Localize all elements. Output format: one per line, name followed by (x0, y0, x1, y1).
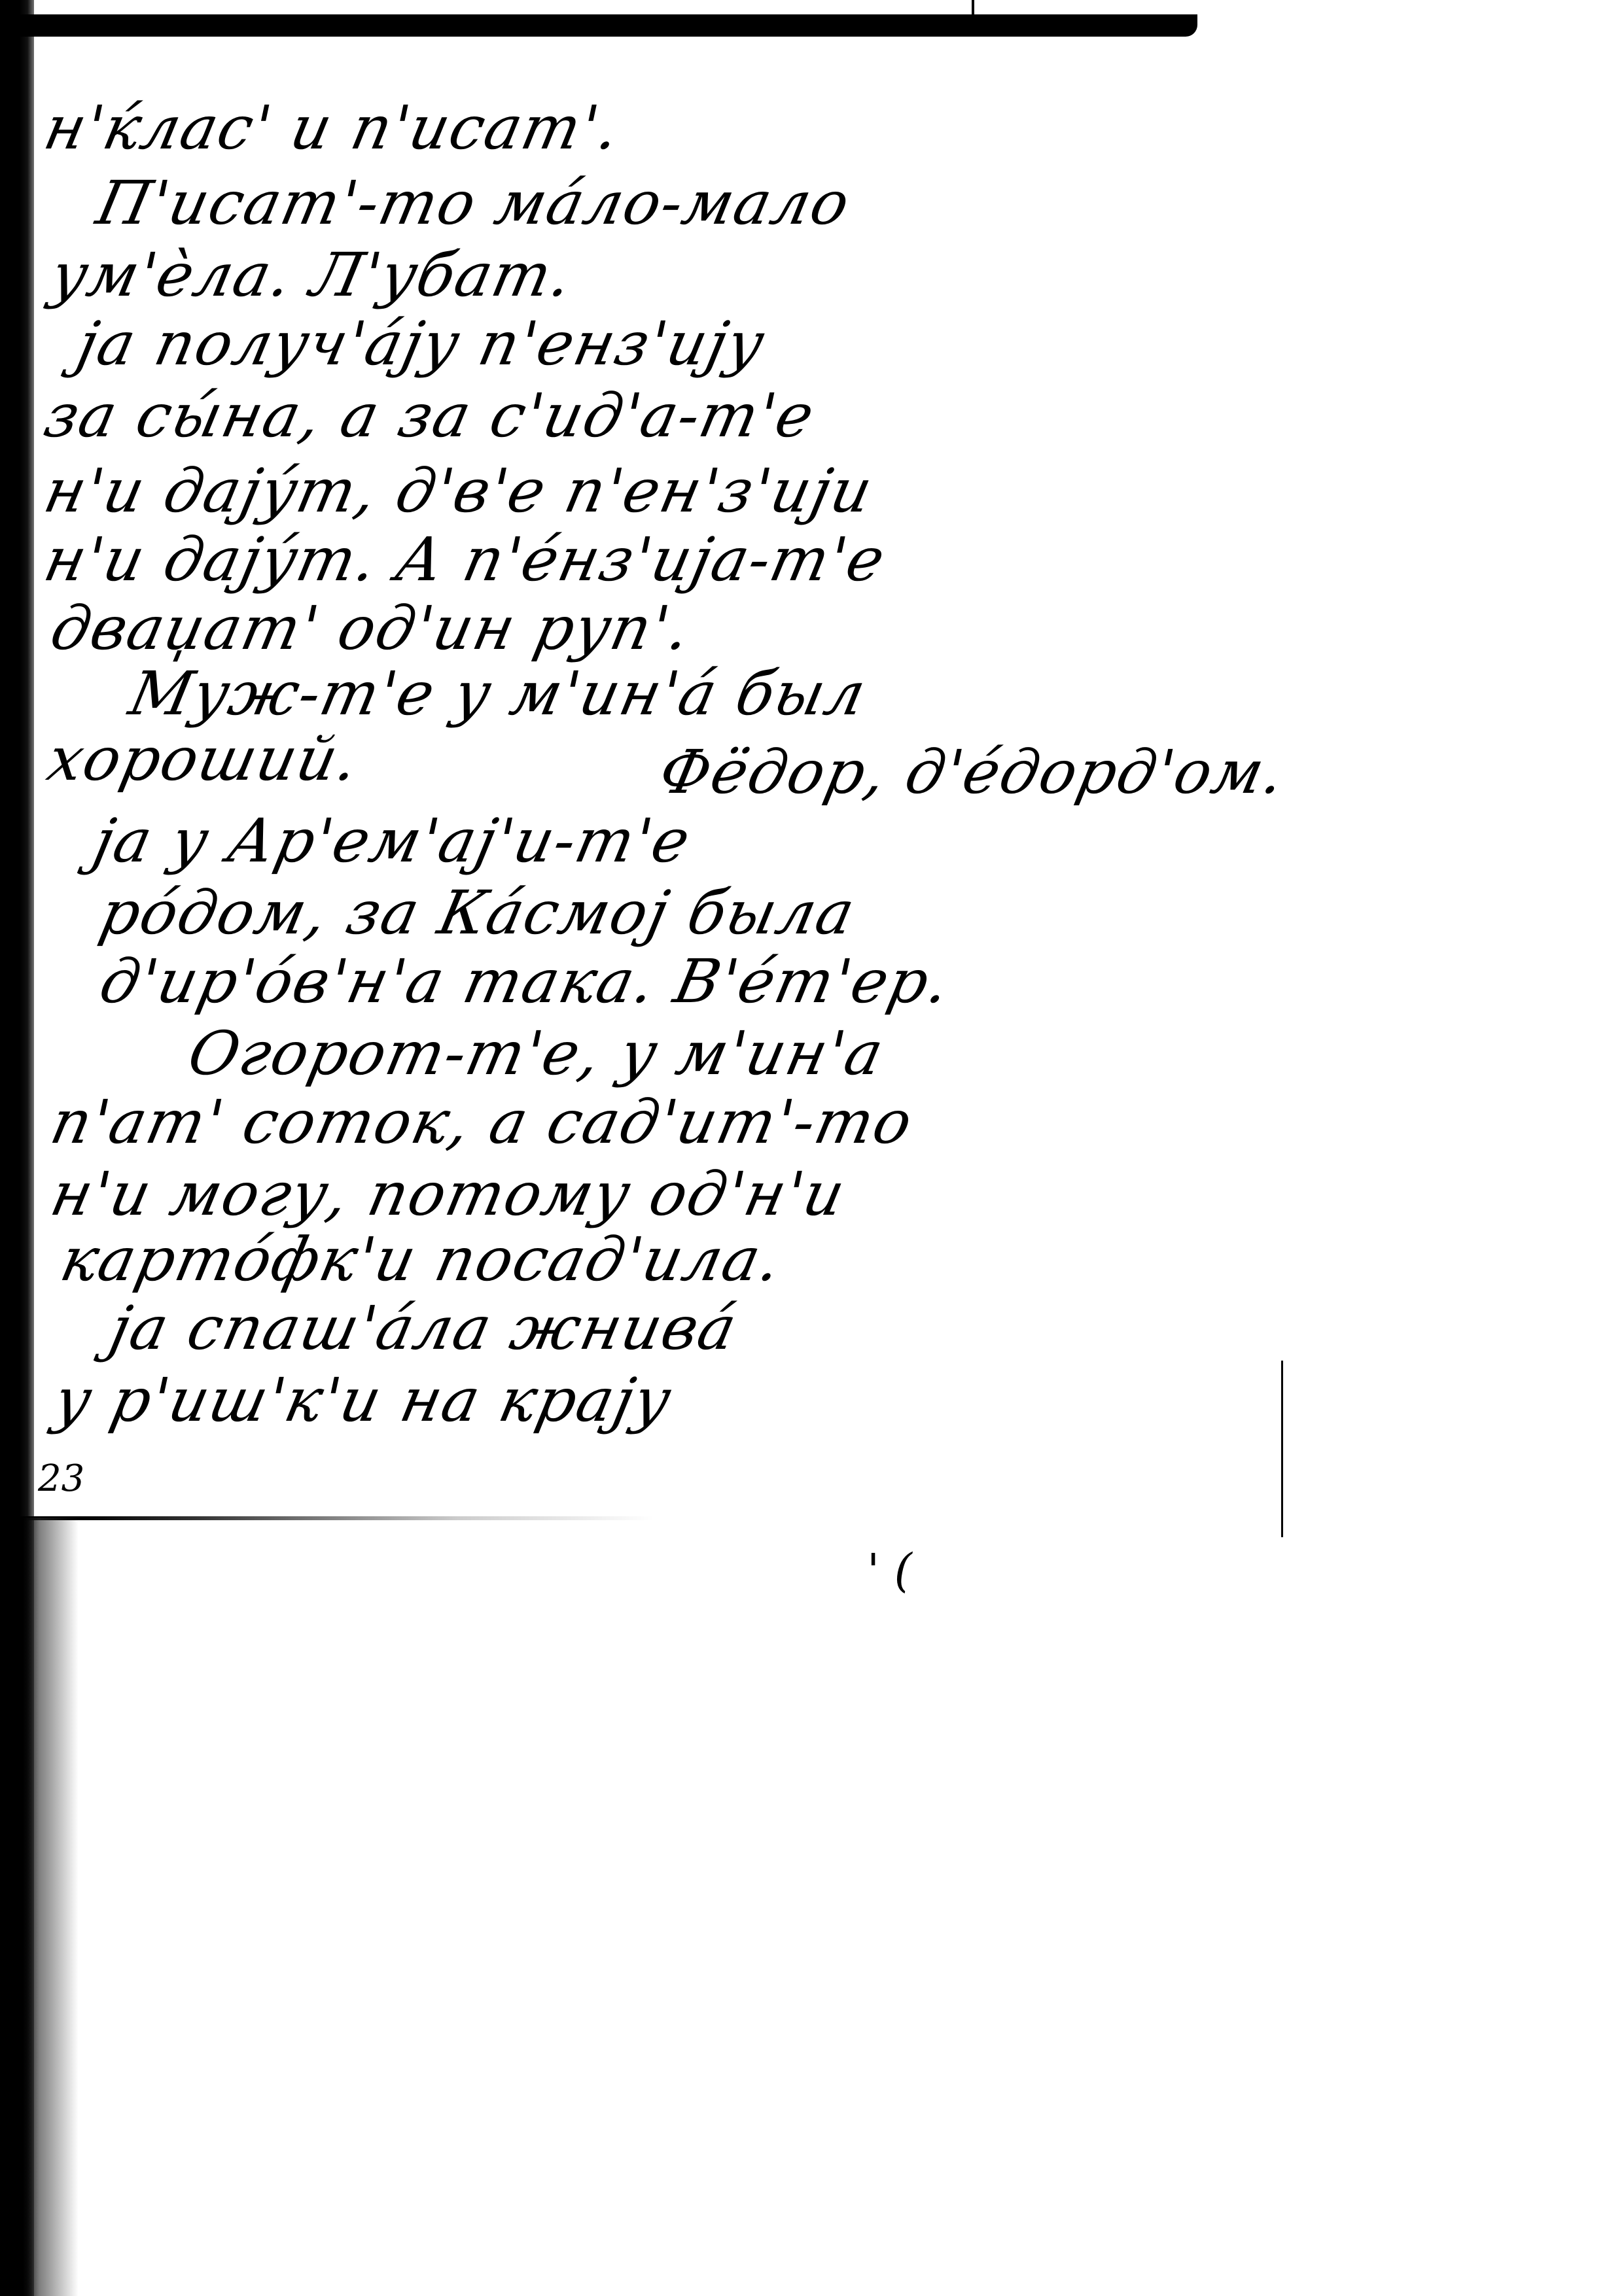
text-line: н'и дају́т, д'в'е п'ен'з'ији (39, 461, 878, 521)
text-line: п'ат' соток, а сад'ит'-то (46, 1092, 918, 1153)
text-line: картóфк'и посад'ила. (56, 1230, 787, 1290)
text-line: н'ќлас' и п'исат'. (39, 98, 626, 158)
stray-ink-mark: ' ( (867, 1544, 912, 1597)
text-line: н'и дају́т. А п'éнз'ија-т'е (39, 530, 891, 590)
text-line: дваџат' од'ин руп'. (46, 599, 696, 659)
text-line: хороший. (43, 729, 364, 790)
text-line: Муж-т'е у м'ин'á был (124, 664, 872, 724)
text-line: ум'ѐла. Л'убат. (46, 245, 578, 305)
scanner-shadow-lower (0, 1518, 79, 2296)
card-bottom-edge (0, 1516, 654, 1520)
text-line: Фёдор, д'éдорд'ом. (654, 742, 1291, 803)
card-right-edge (1281, 1361, 1283, 1537)
scanner-edge-top (0, 14, 1197, 37)
text-line: ја спаш'áла жнивá (105, 1298, 743, 1359)
text-line: у р'иш'к'и на крају (49, 1370, 677, 1431)
text-line: рóдом, за Кáсмој была (95, 883, 860, 943)
text-line: ја получ'áју п'енз'ију (72, 314, 770, 374)
text-line: за сы́на, а за с'ид'а-т'е (39, 386, 820, 446)
page-number: 23 (38, 1457, 84, 1500)
text-line: н'и могу, потому од'н'и (46, 1164, 851, 1225)
text-line: Огорот-т'е, у м'ин'а (183, 1024, 889, 1084)
text-line: ја у Ар'ем'ај'и-т'е (88, 811, 696, 871)
top-tick-mark (972, 0, 974, 14)
text-line: д'ир'óв'н'а така. В'éт'ер. (95, 952, 956, 1012)
text-line: П'исат'-то мáло-мало (92, 173, 855, 234)
